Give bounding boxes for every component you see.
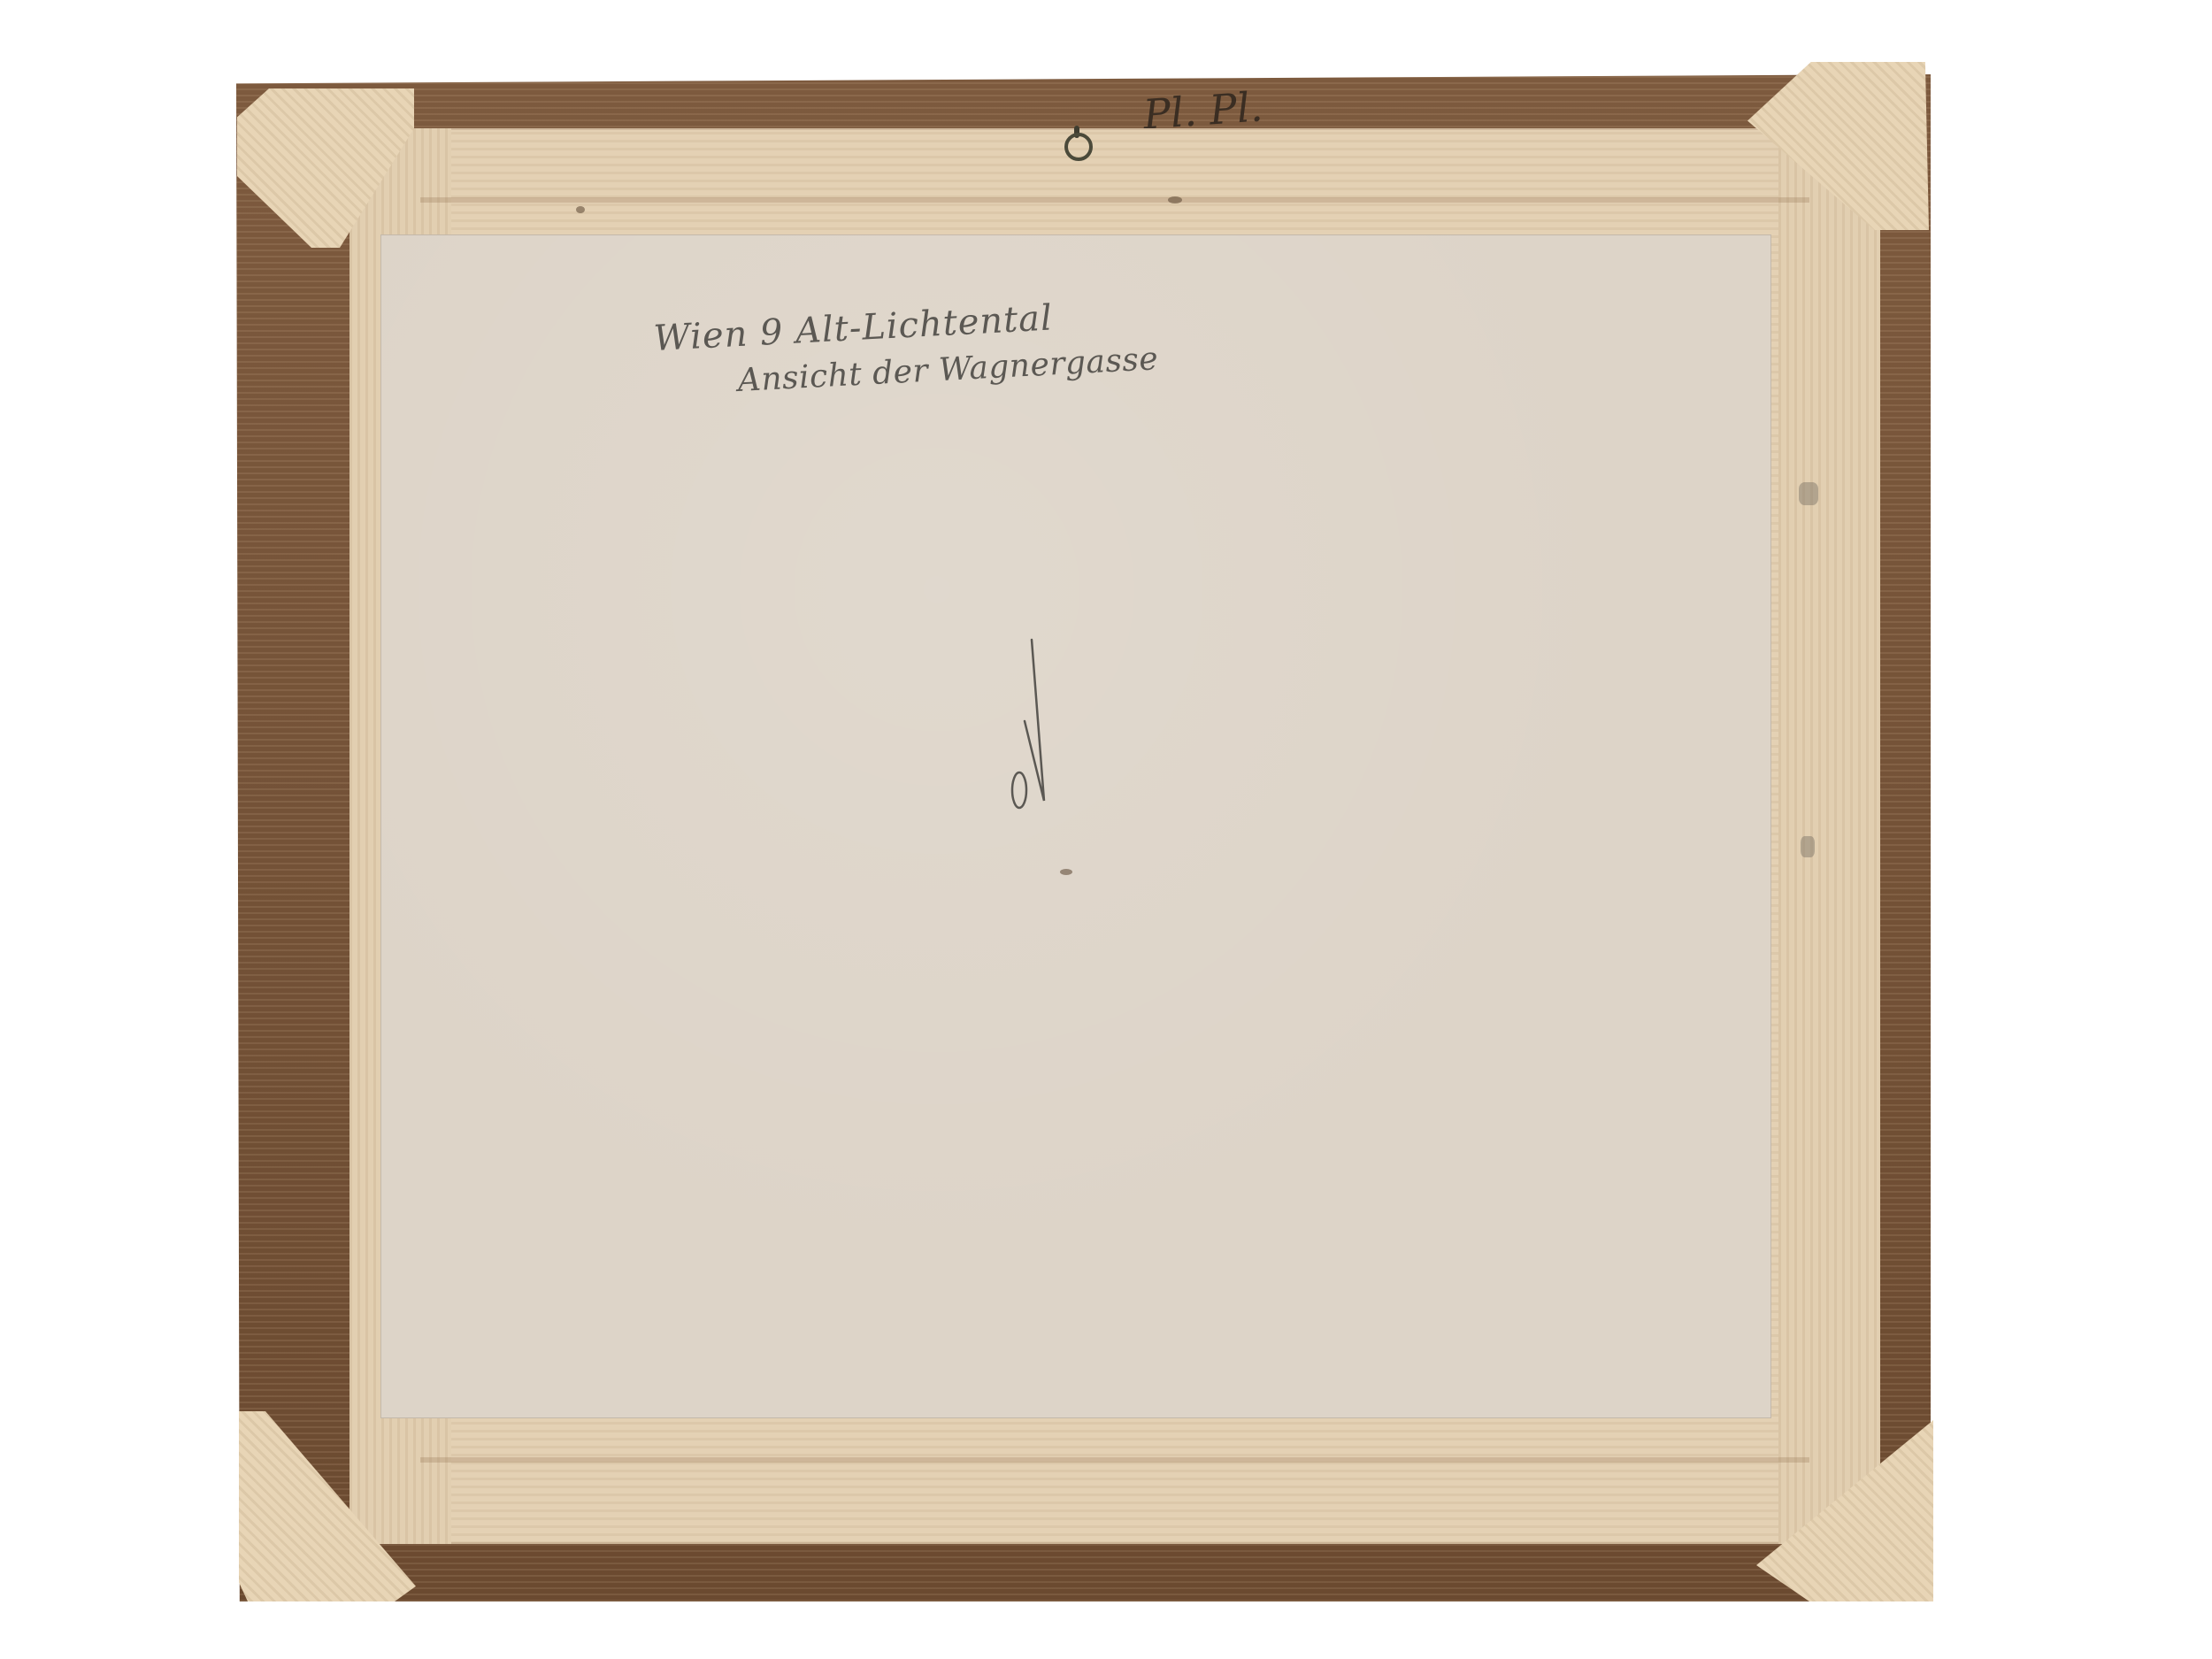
stretcher-mark bbox=[1799, 482, 1818, 505]
stretcher-mark bbox=[576, 206, 585, 213]
hanging-ring-icon bbox=[1064, 133, 1093, 161]
stretcher-ridge-top bbox=[420, 197, 1809, 203]
stretcher-ridge-bottom bbox=[420, 1457, 1809, 1463]
monogram-signature-icon bbox=[1009, 633, 1071, 810]
backing-board bbox=[380, 234, 1771, 1418]
stretcher-right-side bbox=[1778, 128, 1880, 1544]
board-mark bbox=[1060, 869, 1072, 875]
framed-artwork-back: Pl. Pl. Wien 9 Alt-Lichtental Ansicht de… bbox=[0, 0, 2212, 1659]
stretcher-mark bbox=[1801, 836, 1815, 857]
stretcher-mark bbox=[1168, 196, 1182, 204]
